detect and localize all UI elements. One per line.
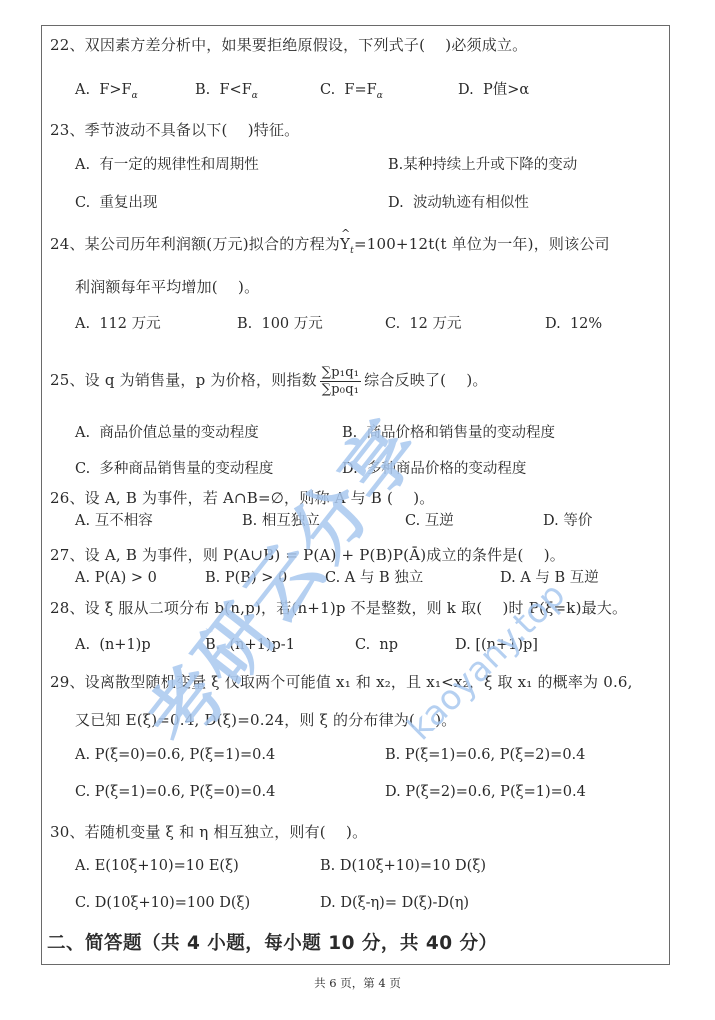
question-22-stem: 22、双因素方差分析中，如果要拒绝原假设，下列式子( )必须成立。: [50, 35, 527, 55]
question-22-option-c: C. F=Fα: [320, 80, 383, 102]
question-23-stem: 23、季节波动不具备以下( )特征。: [50, 120, 299, 140]
question-24-stem: 24、某公司历年利润额(万元)拟合的方程为Yt=100+12t(t 单位为一年)…: [50, 234, 610, 257]
question-24-option-a: A. 112 万元: [75, 314, 161, 334]
question-29-option-b: B. P(ξ=1)=0.6, P(ξ=2)=0.4: [385, 745, 585, 765]
fraction-denominator: ∑p₀q₁: [320, 382, 361, 398]
question-28-option-d: D. [(n+1)p]: [455, 635, 538, 655]
question-30-option-a: A. E(10ξ+10)=10 E(ξ): [75, 856, 239, 876]
question-28-option-a: A. (n+1)p: [75, 635, 151, 655]
question-27-option-c: C. A 与 B 独立: [325, 568, 423, 588]
trend-equation: =100+12t: [354, 235, 434, 253]
question-23-option-d: D. 波动轨迹有相似性: [388, 193, 529, 213]
question-29-option-d: D. P(ξ=2)=0.6, P(ξ=1)=0.4: [385, 782, 586, 802]
question-27-option-a: A. P(A) > 0: [75, 568, 157, 588]
question-23-option-c: C. 重复出现: [75, 193, 157, 213]
question-23-option-b: B.某种持续上升或下降的变动: [388, 155, 577, 175]
question-29-option-a: A. P(ξ=0)=0.6, P(ξ=1)=0.4: [75, 745, 275, 765]
question-22-option-d: D. P值>α: [458, 80, 529, 100]
page-number-footer: 共 6 页，第 4 页: [0, 975, 715, 991]
question-22-option-b: B. F<Fα: [195, 80, 258, 102]
question-30-option-b: B. D(10ξ+10)=10 D(ξ): [320, 856, 486, 876]
question-24-option-c: C. 12 万元: [385, 314, 461, 334]
question-26-option-a: A. 互不相容: [75, 511, 153, 531]
question-24-stem-line2: 利润额每年平均增加( )。: [75, 277, 259, 297]
question-24-option-d: D. 12%: [545, 314, 602, 334]
section-heading-short-answer: 二、简答题（共 4 小题，每小题 10 分，共 40 分）: [47, 929, 498, 955]
price-index-fraction: ∑p₁q₁∑p₀q₁: [320, 365, 361, 398]
question-30-stem: 30、若随机变量 ξ 和 η 相互独立，则有( )。: [50, 822, 367, 842]
question-25-option-b: B. 商品价格和销售量的变动程度: [342, 423, 555, 443]
question-29-stem-line2: 又已知 E(ξ)=0.4, D(ξ)=0.24，则 ξ 的分布律为( )。: [75, 710, 456, 730]
question-26-option-d: D. 等价: [543, 511, 592, 531]
question-25-option-d: D. 多种商品价格的变动程度: [342, 459, 526, 479]
question-28-option-b: B. (n+1)p-1: [205, 635, 295, 655]
question-24-stem-text: 24、某公司历年利润额(万元)拟合的方程为: [50, 235, 340, 253]
question-22-option-a: A. F>Fα: [75, 80, 138, 102]
question-30-option-c: C. D(10ξ+10)=100 D(ξ): [75, 893, 250, 913]
question-26-option-c: C. 互逆: [405, 511, 454, 531]
question-28-option-c: C. np: [355, 635, 398, 655]
question-28-stem: 28、设 ξ 服从二项分布 b(n,p)，若(n+1)p 不是整数，则 k 取(…: [50, 598, 627, 618]
question-27-option-b: B. P(B) > 0: [205, 568, 287, 588]
question-29-option-c: C. P(ξ=1)=0.6, P(ξ=0)=0.4: [75, 782, 275, 802]
fraction-numerator: ∑p₁q₁: [320, 365, 361, 382]
question-25-stem: 25、设 q 为销售量，p 为价格，则指数∑p₁q₁∑p₀q₁综合反映了( )。: [50, 360, 488, 400]
question-24-option-b: B. 100 万元: [237, 314, 323, 334]
question-26-stem: 26、设 A, B 为事件，若 A∩B=∅，则称 A 与 B ( )。: [50, 488, 434, 508]
fitted-y-symbol: Y: [340, 234, 350, 254]
question-29-stem: 29、设离散型随机变量 ξ 仅取两个可能值 x₁ 和 x₂，且 x₁<x₂，ξ …: [50, 672, 633, 692]
question-23-option-a: A. 有一定的规律性和周期性: [75, 155, 259, 175]
question-25-option-a: A. 商品价值总量的变动程度: [75, 423, 259, 443]
question-30-option-d: D. D(ξ-η)= D(ξ)-D(η): [320, 893, 469, 913]
question-27-option-d: D. A 与 B 互逆: [500, 568, 599, 588]
question-27-stem: 27、设 A, B 为事件，则 P(A∪B) = P(A) + P(B)P(Ā)…: [50, 545, 565, 565]
question-25-option-c: C. 多种商品销售量的变动程度: [75, 459, 273, 479]
question-26-option-b: B. 相互独立: [242, 511, 320, 531]
